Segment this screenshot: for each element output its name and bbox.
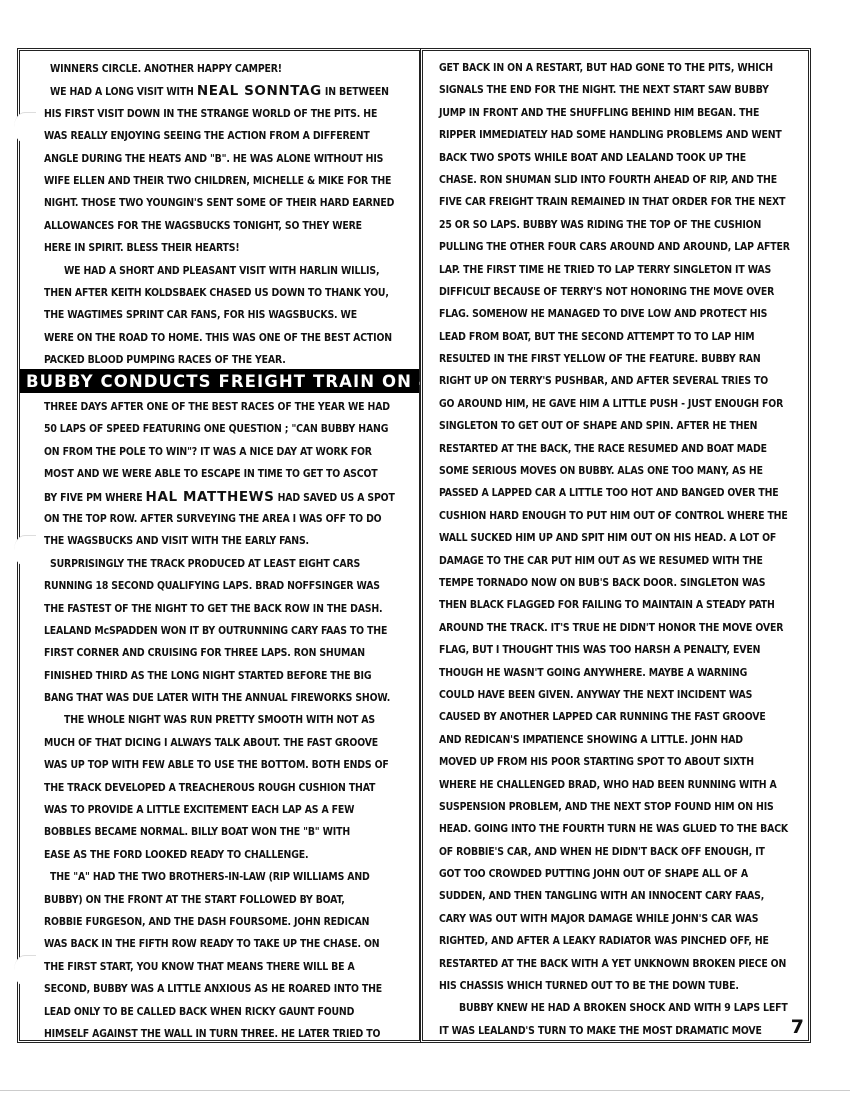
text-line: THEN AFTER KEITH KOLDSBAEK CHASED US DOW…: [44, 282, 419, 304]
text-line: RIGHT UP ON TERRY'S PUSHBAR, AND AFTER S…: [439, 370, 808, 392]
left-column-box: WINNERS CIRCLE. ANOTHER HAPPY CAMPER!WE …: [17, 48, 422, 1043]
text-line: BUBBY) ON THE FRONT AT THE START FOLLOWE…: [44, 889, 419, 911]
text-line: WAS REALLY ENJOYING SEEING THE ACTION FR…: [44, 125, 419, 147]
text-line: 50 LAPS OF SPEED FEATURING ONE QUESTION …: [44, 418, 419, 440]
text-line: THOUGH HE WASN'T GOING ANYWHERE. MAYBE A…: [439, 662, 808, 684]
text-line: HEAD. GOING INTO THE FOURTH TURN HE WAS …: [439, 818, 808, 840]
text-line: FLAG. SOMEHOW HE MANAGED TO DIVE LOW AND…: [439, 303, 808, 325]
text-line: 25 OR SO LAPS. BUBBY WAS RIDING THE TOP …: [439, 214, 808, 236]
text-line: RESTARTED AT THE BACK, THE RACE RESUMED …: [439, 438, 808, 460]
text-line: BUBBY KNEW HE HAD A BROKEN SHOCK AND WIT…: [439, 997, 808, 1019]
text-line: HIS FIRST VISIT DOWN IN THE STRANGE WORL…: [44, 103, 419, 125]
text-line: MOVED UP FROM HIS POOR STARTING SPOT TO …: [439, 751, 808, 773]
text-line: JUMP IN FRONT AND THE SHUFFLING BEHIND H…: [439, 102, 808, 124]
text-line: ALLOWANCES FOR THE WAGSBUCKS TONIGHT, SO…: [44, 215, 419, 237]
text-line: SECOND, BUBBY WAS A LITTLE ANXIOUS AS HE…: [44, 978, 419, 1000]
text-line: LEAD FROM BOAT, BUT THE SECOND ATTEMPT T…: [439, 326, 808, 348]
text-line: LEALAND McSPADDEN WON IT BY OUTRUNNING C…: [44, 620, 419, 642]
text-line: ON THE TOP ROW. AFTER SURVEYING THE AREA…: [44, 508, 419, 530]
text-line: SOME SERIOUS MOVES ON BUBBY. ALAS ONE TO…: [439, 460, 808, 482]
text-span: HAD SAVED US A SPOT: [275, 492, 395, 504]
text-line: HIMSELF AGAINST THE WALL IN TURN THREE. …: [44, 1023, 419, 1045]
text-line: OF ROBBIE'S CAR, AND WHEN HE DIDN'T BACK…: [439, 841, 808, 863]
punch-hole-mark: [14, 955, 36, 986]
text-line: FINISHED THIRD AS THE LONG NIGHT STARTED…: [44, 665, 419, 687]
left-column-top-text: WINNERS CIRCLE. ANOTHER HAPPY CAMPER!WE …: [44, 58, 419, 371]
text-line: CUSHION HARD ENOUGH TO PUT HIM OUT OF CO…: [439, 505, 808, 527]
text-line: FIRST CORNER AND CRUISING FOR THREE LAPS…: [44, 642, 419, 664]
text-line: THE TRACK DEVELOPED A TREACHEROUS ROUGH …: [44, 777, 419, 799]
text-line: THE WAGSBUCKS AND VISIT WITH THE EARLY F…: [44, 530, 419, 552]
text-line: SURPRISINGLY THE TRACK PRODUCED AT LEAST…: [44, 553, 419, 575]
text-line: HIS CHASSIS WHICH TURNED OUT TO BE THE D…: [439, 975, 808, 997]
text-line: WINNERS CIRCLE. ANOTHER HAPPY CAMPER!: [44, 58, 419, 80]
text-line: MOST AND WE WERE ABLE TO ESCAPE IN TIME …: [44, 463, 419, 485]
text-line: ON FROM THE POLE TO WIN"? IT WAS A NICE …: [44, 441, 419, 463]
text-line: FIVE CAR FREIGHT TRAIN REMAINED IN THAT …: [439, 191, 808, 213]
text-line: WERE ON THE ROAD TO HOME. THIS WAS ONE O…: [44, 327, 419, 349]
page-bottom-edge: [0, 1090, 850, 1091]
text-line: HERE IN SPIRIT. BLESS THEIR HEARTS!: [44, 237, 419, 259]
text-line: PASSED A LAPPED CAR A LITTLE TOO HOT AND…: [439, 482, 808, 504]
text-line: THREE DAYS AFTER ONE OF THE BEST RACES O…: [44, 396, 419, 418]
text-line: AND REDICAN'S IMPATIENCE SHOWING A LITTL…: [439, 729, 808, 751]
highlighted-name: NEAL SONNTAG: [197, 83, 322, 99]
text-line: CHASE. RON SHUMAN SLID INTO FOURTH AHEAD…: [439, 169, 808, 191]
text-line: MUCH OF THAT DICING I ALWAYS TALK ABOUT.…: [44, 732, 419, 754]
punch-hole-mark: [14, 535, 36, 566]
right-column-article-text: GET BACK IN ON A RESTART, BUT HAD GONE T…: [439, 57, 808, 1042]
text-line: COULD HAVE BEEN GIVEN. ANYWAY THE NEXT I…: [439, 684, 808, 706]
text-span: IN BETWEEN: [322, 86, 389, 98]
text-line: CAUSED BY ANOTHER LAPPED CAR RUNNING THE…: [439, 706, 808, 728]
text-line: THE FIRST START, YOU KNOW THAT MEANS THE…: [44, 956, 419, 978]
text-line: WE HAD A SHORT AND PLEASANT VISIT WITH H…: [44, 260, 419, 282]
text-line: BACK TWO SPOTS WHILE BOAT AND LEALAND TO…: [439, 147, 808, 169]
text-line: WAS UP TOP WITH FEW ABLE TO USE THE BOTT…: [44, 754, 419, 776]
text-span: WE HAD A LONG VISIT WITH: [50, 86, 197, 98]
left-column-article-text: THREE DAYS AFTER ONE OF THE BEST RACES O…: [44, 396, 419, 1045]
text-line: SUDDEN, AND THEN TANGLING WITH AN INNOCE…: [439, 885, 808, 907]
text-line: THEN BLACK FLAGGED FOR FAILING TO MAINTA…: [439, 594, 808, 616]
text-line: LEAD ONLY TO BE CALLED BACK WHEN RICKY G…: [44, 1001, 419, 1023]
text-line: TEMPE TORNADO NOW ON BUB'S BACK DOOR. SI…: [439, 572, 808, 594]
text-line: GET BACK IN ON A RESTART, BUT HAD GONE T…: [439, 57, 808, 79]
text-line: RIGHTED, AND AFTER A LEAKY RADIATOR WAS …: [439, 930, 808, 952]
text-line: SINGLETON TO GET OUT OF SHAPE AND SPIN. …: [439, 415, 808, 437]
text-line: GO AROUND HIM, HE GAVE HIM A LITTLE PUSH…: [439, 393, 808, 415]
text-line: RESULTED IN THE FIRST YELLOW OF THE FEAT…: [439, 348, 808, 370]
text-line: CARY WAS OUT WITH MAJOR DAMAGE WHILE JOH…: [439, 908, 808, 930]
text-line: DIFFICULT BECAUSE OF TERRY'S NOT HONORIN…: [439, 281, 808, 303]
text-line: BY FIVE PM WHERE HAL MATTHEWS HAD SAVED …: [44, 486, 419, 508]
text-line: ROBBIE FURGESON, AND THE DASH FOURSOME. …: [44, 911, 419, 933]
text-line: PULLING THE OTHER FOUR CARS AROUND AND A…: [439, 236, 808, 258]
text-line: WHERE HE CHALLENGED BRAD, WHO HAD BEEN R…: [439, 774, 808, 796]
text-line: THE WAGTIMES SPRINT CAR FANS, FOR HIS WA…: [44, 304, 419, 326]
text-line: SIGNALS THE END FOR THE NIGHT. THE NEXT …: [439, 79, 808, 101]
text-line: BOBBLES BECAME NORMAL. BILLY BOAT WON TH…: [44, 821, 419, 843]
text-line: SUSPENSION PROBLEM, AND THE NEXT STOP FO…: [439, 796, 808, 818]
text-line: FLAG, BUT I THOUGHT THIS WAS TOO HARSH A…: [439, 639, 808, 661]
text-line: AROUND THE TRACK. IT'S TRUE HE DIDN'T HO…: [439, 617, 808, 639]
text-span: BY FIVE PM WHERE: [44, 492, 146, 504]
text-line: BANG THAT WAS DUE LATER WITH THE ANNUAL …: [44, 687, 419, 709]
highlighted-name: HAL MATTHEWS: [146, 489, 275, 505]
text-line: RIPPER IMMEDIATELY HAD SOME HANDLING PRO…: [439, 124, 808, 146]
text-line: WIFE ELLEN AND THEIR TWO CHILDREN, MICHE…: [44, 170, 419, 192]
text-line: RUNNING 18 SECOND QUALIFYING LAPS. BRAD …: [44, 575, 419, 597]
page-number: 7: [791, 1016, 804, 1038]
text-line: NIGHT. THOSE TWO YOUNGIN'S SENT SOME OF …: [44, 192, 419, 214]
punch-hole-mark: [14, 112, 36, 143]
text-line: THE FASTEST OF THE NIGHT TO GET THE BACK…: [44, 598, 419, 620]
text-line: WAS TO PROVIDE A LITTLE EXCITEMENT EACH …: [44, 799, 419, 821]
text-line: WAS BACK IN THE FIFTH ROW READY TO TAKE …: [44, 933, 419, 955]
text-line: IT WAS LEALAND'S TURN TO MAKE THE MOST D…: [439, 1020, 808, 1042]
text-line: THE WHOLE NIGHT WAS RUN PRETTY SMOOTH WI…: [44, 709, 419, 731]
text-line: EASE AS THE FORD LOOKED READY TO CHALLEN…: [44, 844, 419, 866]
text-line: WALL SUCKED HIM UP AND SPIT HIM OUT ON H…: [439, 527, 808, 549]
right-column-box: GET BACK IN ON A RESTART, BUT HAD GONE T…: [420, 48, 811, 1043]
text-line: RESTARTED AT THE BACK WITH A YET UNKNOWN…: [439, 953, 808, 975]
text-line: ANGLE DURING THE HEATS AND "B". HE WAS A…: [44, 148, 419, 170]
text-line: THE "A" HAD THE TWO BROTHERS-IN-LAW (RIP…: [44, 866, 419, 888]
text-line: LAP. THE FIRST TIME HE TRIED TO LAP TERR…: [439, 259, 808, 281]
article-headline: BUBBY CONDUCTS FREIGHT TRAIN ON 4th: [20, 369, 419, 393]
text-line: DAMAGE TO THE CAR PUT HIM OUT AS WE RESU…: [439, 550, 808, 572]
text-line: GOT TOO CROWDED PUTTING JOHN OUT OF SHAP…: [439, 863, 808, 885]
text-line: WE HAD A LONG VISIT WITH NEAL SONNTAG IN…: [44, 80, 419, 102]
